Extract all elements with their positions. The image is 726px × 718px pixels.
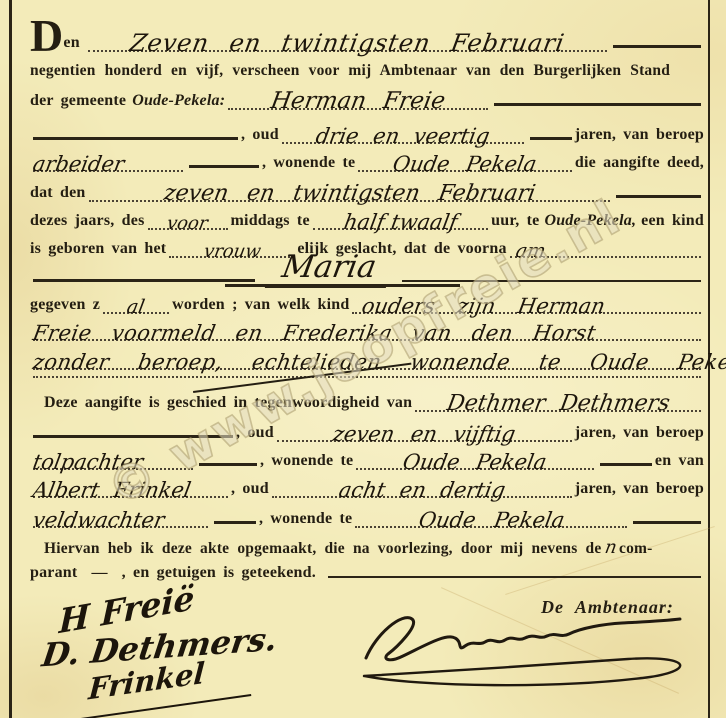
beroep2-blank: tolpachter <box>33 442 193 470</box>
rule-segment <box>613 45 701 48</box>
row-age2: , oud zeven en vijftig jaren, van beroep <box>30 414 704 442</box>
row-parents: Freie voormeld en Frederika van den Hors… <box>30 313 704 341</box>
birthdate-blank: zeven en twintigsten Februari <box>89 172 610 202</box>
row-name: Maria <box>30 252 704 286</box>
rule-segment <box>494 103 701 106</box>
oud2-label: , oud <box>236 425 274 442</box>
strike-dash: — <box>91 565 107 582</box>
uur-label: uur, te <box>491 213 539 230</box>
rule-segment <box>189 165 259 168</box>
gemeente-name: Oude-Pekela: <box>132 93 225 110</box>
age2-blank: zeven en vijftig <box>277 414 572 442</box>
jaren-label: jaren, van beroep <box>575 127 704 144</box>
jaren2-label: jaren, van beroep <box>575 425 704 442</box>
den-n-handwriting: n <box>604 539 619 557</box>
woonplaats2-blank: Oude Pekela <box>356 442 594 470</box>
signature-official <box>358 596 710 701</box>
row-date: Den Zeven en twintigsten Februari <box>30 8 704 52</box>
woonplaats3-blank: Oude Pekela <box>355 498 627 528</box>
row-birthdate: dat den zeven en twintigsten Februari <box>30 172 704 202</box>
dagdeel-blank: voor <box>148 202 228 230</box>
rule-segment <box>214 521 256 524</box>
row-time: dezes jaars, des voor middags te half tw… <box>30 202 704 230</box>
datden-label: dat den <box>30 185 86 202</box>
oud-label: , oud <box>241 127 279 144</box>
worden-label: worden ; van welk kind <box>172 297 349 314</box>
row-year: negentien honderd en vijf, verscheen voo… <box>30 57 704 79</box>
aangifte-deed-label: die aangifte deed, <box>575 155 704 172</box>
row-gegeven: gegeven z al worden ; van welk kind oude… <box>30 286 704 314</box>
dropcap-D: D <box>30 19 63 52</box>
tijd-blank: half twaalf <box>313 202 488 230</box>
rule-segment <box>530 137 572 140</box>
row-gemeente: der gemeente Oude-Pekela: Herman Freie <box>30 84 704 110</box>
com-label: com- <box>619 541 653 557</box>
wonende1-label: , wonende te <box>262 155 355 172</box>
child-name-handwriting: Maria <box>264 252 392 288</box>
rule-segment <box>199 463 257 466</box>
age3-blank: acht en dertig <box>272 470 572 498</box>
getuige2-blank: Albert Frinkel <box>33 470 228 498</box>
row-beroep2: tolpachter , wonende te Oude Pekela en v… <box>30 442 704 470</box>
rule-segment <box>402 280 701 282</box>
printed-year-line: negentien honderd en vijf, verscheen voo… <box>30 63 670 79</box>
row-closing2: parant — , en getuigen is geteekend. <box>30 558 704 582</box>
plaats-italic: Oude-Pekela, <box>544 213 636 230</box>
gegeven-label: gegeven z <box>30 297 100 314</box>
row-parents2: zonder beroep, echtelieden wonende te Ou… <box>30 340 704 370</box>
struck-blank <box>33 137 238 140</box>
row-age1: , oud drie en veertig jaren, van beroep <box>30 116 704 144</box>
gemeente-label: der gemeente <box>30 93 126 110</box>
age1-blank: drie en veertig <box>282 116 524 144</box>
wonende3-label: , wonende te <box>259 511 352 528</box>
declarant-handwriting: Herman Freie <box>269 90 447 113</box>
rule-segment <box>616 195 701 198</box>
closing1-label: Hiervan heb ik deze akte opgemaakt, die … <box>44 541 601 557</box>
official-signature-flourish <box>358 596 710 696</box>
row-closing1: Hiervan heb ik deze akte opgemaakt, die … <box>30 533 704 557</box>
woonplaats3-handwriting: Oude Pekela <box>417 510 566 531</box>
parents-blank: Freie voormeld en Frederika van den Hors… <box>33 313 701 341</box>
beroep1-blank: arbeider <box>33 144 183 172</box>
row-beroep1: arbeider , wonende te Oude Pekela die aa… <box>30 144 704 172</box>
getuige1-blank: Dethmer Dethmers <box>415 384 701 412</box>
row-witness2: Albert Frinkel , oud acht en dertig jare… <box>30 470 704 498</box>
date-handwriting: Zeven en twintigsten Februari <box>128 31 567 55</box>
beroep3-blank: veldwachter <box>33 498 208 528</box>
oud3-label: , oud <box>231 481 269 498</box>
birth-certificate-page: Den Zeven en twintigsten Februari negent… <box>0 0 726 718</box>
woonplaats1-blank: Oude Pekela <box>358 144 572 172</box>
date-blank: Zeven en twintigsten Februari <box>88 8 607 52</box>
struck-blank <box>33 435 233 438</box>
rule-segment <box>328 576 701 578</box>
declarant-blank: Herman Freie <box>228 84 488 110</box>
geteekend-label: , en getuigen is geteekend. <box>122 565 316 582</box>
jaren3-label: jaren, van beroep <box>575 481 704 498</box>
rule-segment <box>33 279 255 282</box>
parents2-blank: zonder beroep, echtelieden wonende te Ou… <box>33 340 701 370</box>
middags-label: middags te <box>231 213 310 230</box>
wonende2-label: , wonende te <box>260 453 353 470</box>
aangifte2-label: Deze aangifte is geschied in tegenwoordi… <box>44 395 412 412</box>
rule-segment <box>633 521 701 524</box>
ouders-blank: ouders zijn Herman <box>352 286 701 314</box>
getuige1-handwriting: Dethmer Dethmers <box>445 393 671 415</box>
beroep3-handwriting: veldwachter <box>31 510 166 531</box>
dezes-label: dezes jaars, des <box>30 213 145 230</box>
zal-blank: al <box>103 286 169 314</box>
envan-label: en van <box>655 453 704 470</box>
row-beroep3: veldwachter , wonende te Oude Pekela <box>30 498 704 528</box>
left-border-rule <box>9 0 12 718</box>
den-suffix: en <box>63 35 79 52</box>
row-witness-intro: Deze aangifte is geschied in tegenwoordi… <box>30 384 704 412</box>
parant-label: parant <box>30 565 77 582</box>
kind-label: een kind <box>641 213 704 230</box>
rule-segment <box>600 463 652 466</box>
